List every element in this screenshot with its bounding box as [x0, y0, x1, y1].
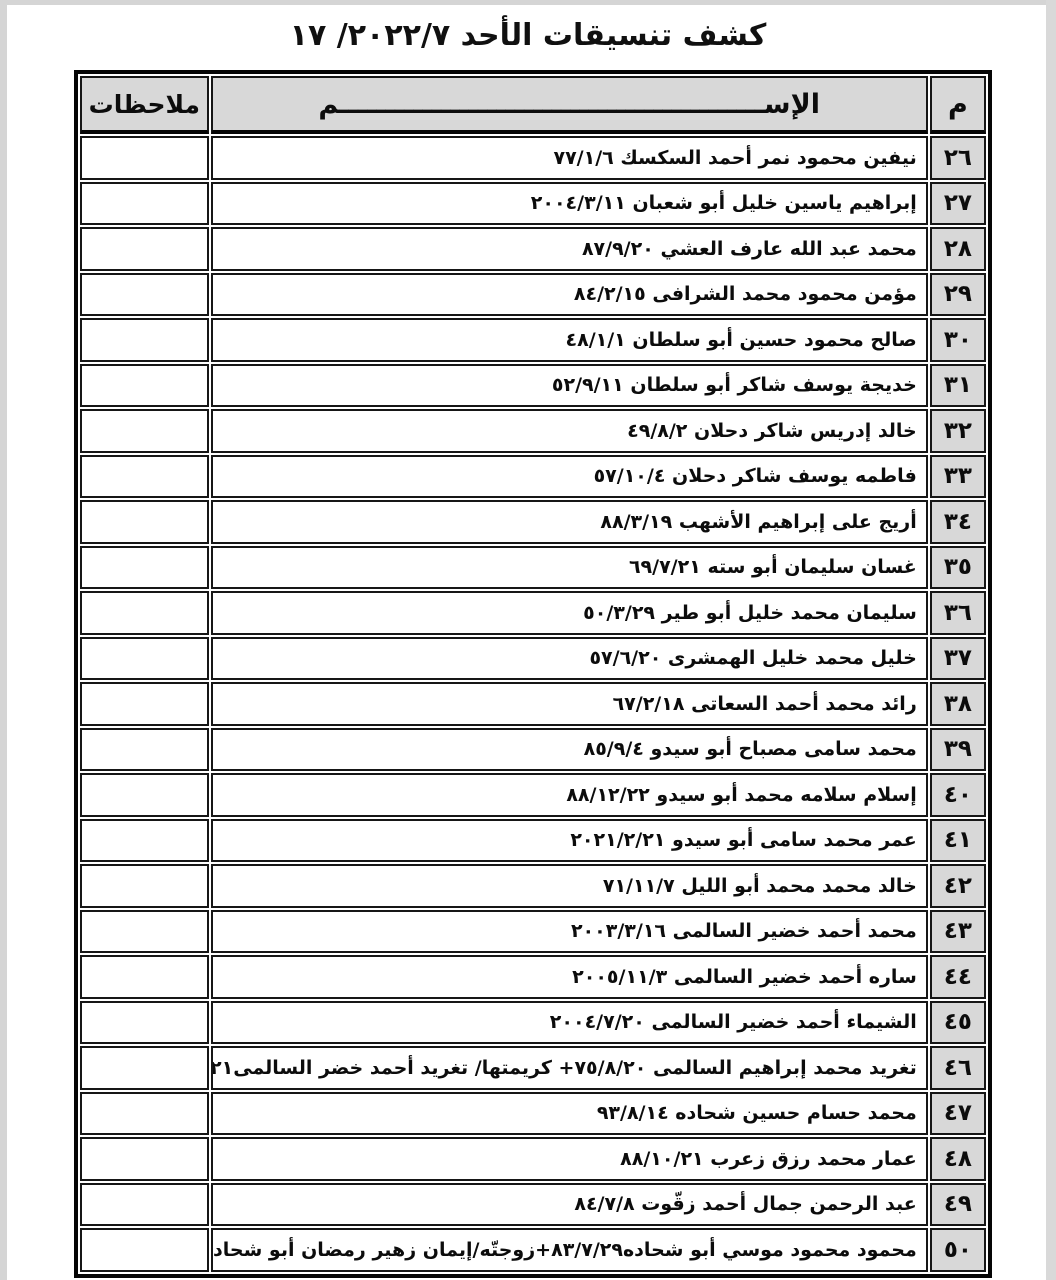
row-notes-cell: [80, 682, 209, 726]
table-row: ٤٥ الشيماء أحمد خضير السالمى ٢٠٠٤/٧/٢٠: [80, 1001, 986, 1045]
row-notes-cell: [80, 591, 209, 635]
row-notes-cell: [80, 1092, 209, 1136]
row-name-cell: مؤمن محمود محمد الشرافى ٨٤/٢/١٥: [211, 273, 928, 317]
row-number-cell: ٣٧: [930, 637, 986, 681]
table-row: ٤٢ خالد محمد محمد أبو الليل ٧١/١١/٧: [80, 864, 986, 908]
row-notes-cell: [80, 637, 209, 681]
row-notes-cell: [80, 318, 209, 362]
header-row: م الإســــــــــــــــــــــــــــــــــ…: [80, 76, 986, 134]
row-name-cell: غسان سليمان أبو سته ٦٩/٧/٢١: [211, 546, 928, 590]
row-number-cell: ٤١: [930, 819, 986, 863]
table-row: ٤٩ عبد الرحمن جمال أحمد زقّوت ٨٤/٧/٨: [80, 1183, 986, 1227]
row-name-cell: الشيماء أحمد خضير السالمى ٢٠٠٤/٧/٢٠: [211, 1001, 928, 1045]
table-row: ٤٤ ساره أحمد خضير السالمى ٢٠٠٥/١١/٣: [80, 955, 986, 999]
table-row: ٤٧ محمد حسام حسين شحاده ٩٣/٨/١٤: [80, 1092, 986, 1136]
row-number-cell: ٤٨: [930, 1137, 986, 1181]
table-row: ٢٦ نيفين محمود نمر أحمد السكسك ٧٧/١/٦: [80, 136, 986, 180]
table-row: ٣٨ رائد محمد أحمد السعاتى ٦٧/٢/١٨: [80, 682, 986, 726]
table-row: ٣١ خديجة يوسف شاكر أبو سلطان ٥٢/٩/١١: [80, 364, 986, 408]
table-row: ٣٩ محمد سامى مصباح أبو سيدو ٨٥/٩/٤: [80, 728, 986, 772]
header-cell-notes: ملاحظات: [80, 76, 209, 134]
row-number-cell: ٤٧: [930, 1092, 986, 1136]
row-number-cell: ٣٠: [930, 318, 986, 362]
table-row: ٣٧ خليل محمد خليل الهمشرى ٥٧/٦/٢٠: [80, 637, 986, 681]
scan-edge-right: [1046, 0, 1056, 1280]
row-notes-cell: [80, 455, 209, 499]
row-number-cell: ٤٩: [930, 1183, 986, 1227]
row-notes-cell: [80, 1183, 209, 1227]
row-number-cell: ٤٤: [930, 955, 986, 999]
row-notes-cell: [80, 955, 209, 999]
table-row: ٣٣ فاطمه يوسف شاكر دحلان ٥٧/١٠/٤: [80, 455, 986, 499]
row-name-cell: عمر محمد سامى أبو سيدو ٢٠٢١/٢/٢١: [211, 819, 928, 863]
table-row: ٣٦ سليمان محمد خليل أبو طير ٥٠/٣/٢٩: [80, 591, 986, 635]
row-number-cell: ٢٩: [930, 273, 986, 317]
row-notes-cell: [80, 364, 209, 408]
row-number-cell: ٣٥: [930, 546, 986, 590]
row-name-cell: صالح محمود حسين أبو سلطان ٤٨/١/١: [211, 318, 928, 362]
row-notes-cell: [80, 1137, 209, 1181]
row-number-cell: ٤٣: [930, 910, 986, 954]
table-row: ٣٥ غسان سليمان أبو سته ٦٩/٧/٢١: [80, 546, 986, 590]
row-name-cell: محمد حسام حسين شحاده ٩٣/٨/١٤: [211, 1092, 928, 1136]
row-name-cell: خليل محمد خليل الهمشرى ٥٧/٦/٢٠: [211, 637, 928, 681]
row-notes-cell: [80, 773, 209, 817]
row-name-cell: إبراهيم ياسين خليل أبو شعبان ٢٠٠٤/٣/١١: [211, 182, 928, 226]
row-notes-cell: [80, 500, 209, 544]
row-number-cell: ٣٢: [930, 409, 986, 453]
scan-edge-top: [0, 0, 1056, 5]
row-number-cell: ٣٤: [930, 500, 986, 544]
row-name-cell: محمد عبد الله عارف العشي ٨٧/٩/٢٠: [211, 227, 928, 271]
page: كشف تنسيقات الأحد ٢٠٢٢/٧/ ١٧ م الإســـــ…: [0, 0, 1056, 1280]
row-name-cell: تغريد محمد إبراهيم السالمى ٧٥/٨/٢٠+ كريم…: [211, 1046, 928, 1090]
coordination-table: م الإســــــــــــــــــــــــــــــــــ…: [74, 70, 992, 1278]
row-number-cell: ٢٦: [930, 136, 986, 180]
row-notes-cell: [80, 819, 209, 863]
row-name-cell: محمد أحمد خضير السالمى ٢٠٠٣/٣/١٦: [211, 910, 928, 954]
header-cell-number: م: [930, 76, 986, 134]
table-row: ٥٠ محمود محمود موسي أبو شحاده٨٣/٧/٢٩+زوج…: [80, 1228, 986, 1272]
row-name-cell: فاطمه يوسف شاكر دحلان ٥٧/١٠/٤: [211, 455, 928, 499]
row-notes-cell: [80, 182, 209, 226]
row-number-cell: ٤٢: [930, 864, 986, 908]
table-row: ٤١ عمر محمد سامى أبو سيدو ٢٠٢١/٢/٢١: [80, 819, 986, 863]
row-notes-cell: [80, 136, 209, 180]
table-row: ٣٢ خالد إدريس شاكر دحلان ٤٩/٨/٢: [80, 409, 986, 453]
scan-edge-left: [0, 0, 7, 1280]
table-row: ٤٨ عمار محمد رزق زعرب ٨٨/١٠/٢١: [80, 1137, 986, 1181]
row-name-cell: خالد إدريس شاكر دحلان ٤٩/٨/٢: [211, 409, 928, 453]
row-number-cell: ٣١: [930, 364, 986, 408]
table-row: ٢٨ محمد عبد الله عارف العشي ٨٧/٩/٢٠: [80, 227, 986, 271]
row-number-cell: ٤٠: [930, 773, 986, 817]
row-number-cell: ٢٧: [930, 182, 986, 226]
table-row: ٢٩ مؤمن محمود محمد الشرافى ٨٤/٢/١٥: [80, 273, 986, 317]
row-number-cell: ٣٨: [930, 682, 986, 726]
row-number-cell: ٣٩: [930, 728, 986, 772]
row-name-cell: إسلام سلامه محمد أبو سيدو ٨٨/١٢/٢٢: [211, 773, 928, 817]
row-notes-cell: [80, 864, 209, 908]
page-title-date: ٢٠٢٢/٧/ ١٧: [290, 18, 451, 53]
page-title: كشف تنسيقات الأحد ٢٠٢٢/٧/ ١٧: [0, 18, 1056, 53]
row-number-cell: ٣٦: [930, 591, 986, 635]
table-row: ٤٣ محمد أحمد خضير السالمى ٢٠٠٣/٣/١٦: [80, 910, 986, 954]
row-name-cell: رائد محمد أحمد السعاتى ٦٧/٢/١٨: [211, 682, 928, 726]
row-name-cell: أريج على إبراهيم الأشهب ٨٨/٣/١٩: [211, 500, 928, 544]
row-name-cell: محمود محمود موسي أبو شحاده٨٣/٧/٢٩+زوجتّه…: [211, 1228, 928, 1272]
row-notes-cell: [80, 1228, 209, 1272]
header-cell-name: الإســــــــــــــــــــــــــــــــــــ…: [211, 76, 928, 134]
table-row: ٢٧ إبراهيم ياسين خليل أبو شعبان ٢٠٠٤/٣/١…: [80, 182, 986, 226]
row-notes-cell: [80, 728, 209, 772]
row-notes-cell: [80, 227, 209, 271]
row-number-cell: ٤٥: [930, 1001, 986, 1045]
table-body: ٢٦ نيفين محمود نمر أحمد السكسك ٧٧/١/٦ ٢٧…: [80, 136, 986, 1272]
row-number-cell: ٣٣: [930, 455, 986, 499]
row-name-cell: سليمان محمد خليل أبو طير ٥٠/٣/٢٩: [211, 591, 928, 635]
row-notes-cell: [80, 546, 209, 590]
row-name-cell: محمد سامى مصباح أبو سيدو ٨٥/٩/٤: [211, 728, 928, 772]
row-notes-cell: [80, 1046, 209, 1090]
row-name-cell: عمار محمد رزق زعرب ٨٨/١٠/٢١: [211, 1137, 928, 1181]
row-number-cell: ٢٨: [930, 227, 986, 271]
table-row: ٤٠ إسلام سلامه محمد أبو سيدو ٨٨/١٢/٢٢: [80, 773, 986, 817]
row-notes-cell: [80, 910, 209, 954]
row-name-cell: عبد الرحمن جمال أحمد زقّوت ٨٤/٧/٨: [211, 1183, 928, 1227]
row-name-cell: خديجة يوسف شاكر أبو سلطان ٥٢/٩/١١: [211, 364, 928, 408]
table-header: م الإســــــــــــــــــــــــــــــــــ…: [80, 76, 986, 134]
row-number-cell: ٤٦: [930, 1046, 986, 1090]
table-row: ٤٦ تغريد محمد إبراهيم السالمى ٧٥/٨/٢٠+ ك…: [80, 1046, 986, 1090]
page-title-text: كشف تنسيقات الأحد: [461, 18, 767, 53]
table-row: ٣٠ صالح محمود حسين أبو سلطان ٤٨/١/١: [80, 318, 986, 362]
row-name-cell: ساره أحمد خضير السالمى ٢٠٠٥/١١/٣: [211, 955, 928, 999]
row-notes-cell: [80, 409, 209, 453]
row-notes-cell: [80, 273, 209, 317]
table-row: ٣٤ أريج على إبراهيم الأشهب ٨٨/٣/١٩: [80, 500, 986, 544]
row-notes-cell: [80, 1001, 209, 1045]
row-name-cell: نيفين محمود نمر أحمد السكسك ٧٧/١/٦: [211, 136, 928, 180]
row-name-cell: خالد محمد محمد أبو الليل ٧١/١١/٧: [211, 864, 928, 908]
row-number-cell: ٥٠: [930, 1228, 986, 1272]
